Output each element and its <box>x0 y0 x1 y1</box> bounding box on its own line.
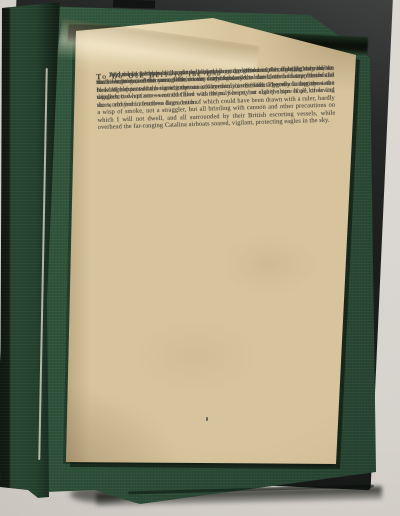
ink-speck <box>206 417 208 421</box>
photo-scene: To Do Our Duty to the End When I looked … <box>0 0 400 516</box>
box-tab <box>113 0 155 9</box>
